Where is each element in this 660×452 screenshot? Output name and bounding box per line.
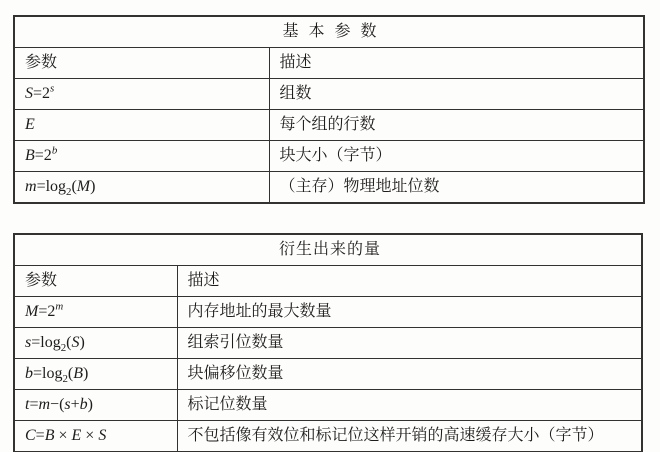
scanned-page: 基 本 参 数 参数 描述 S=2s 组数 E 每个组的行数 B=2b 块大小（… [0,0,660,452]
derived-quantities-table: 衍生出来的量 参数 描述 M=2m 内存地址的最大数量 s=log2(S) 组索… [13,233,643,452]
table-header-row: 参数 描述 [14,48,644,79]
param-formula: m=log2(M) [14,172,269,204]
table-row: s=log2(S) 组索引位数量 [14,328,642,359]
param-formula: E [14,110,269,141]
table-row: b=log2(B) 块偏移位数量 [14,359,642,390]
param-formula: t=m−(s+b) [14,390,177,421]
param-formula: S=2s [14,79,269,110]
column-header-desc: 描述 [177,266,642,297]
param-description: 不包括像有效位和标记位这样开销的高速缓存大小（字节） [177,421,642,452]
param-formula: b=log2(B) [14,359,177,390]
table-row: E 每个组的行数 [14,110,644,141]
table-title: 基 本 参 数 [14,16,644,48]
table-row: t=m−(s+b) 标记位数量 [14,390,642,421]
column-header-param: 参数 [14,266,177,297]
param-formula: s=log2(S) [14,328,177,359]
column-header-param: 参数 [14,48,269,79]
param-description: 标记位数量 [177,390,642,421]
table-title-row: 基 本 参 数 [14,16,644,48]
basic-parameters-table: 基 本 参 数 参数 描述 S=2s 组数 E 每个组的行数 B=2b 块大小（… [13,15,645,204]
table-header-row: 参数 描述 [14,266,642,297]
param-description: 内存地址的最大数量 [177,297,642,328]
column-header-desc: 描述 [269,48,644,79]
table-row: S=2s 组数 [14,79,644,110]
table-title-row: 衍生出来的量 [14,234,642,266]
table-row: M=2m 内存地址的最大数量 [14,297,642,328]
param-formula: M=2m [14,297,177,328]
param-description: 块偏移位数量 [177,359,642,390]
param-description: 块大小（字节） [269,141,644,172]
param-description: 组数 [269,79,644,110]
param-description: 每个组的行数 [269,110,644,141]
table-title: 衍生出来的量 [14,234,642,266]
param-formula: B=2b [14,141,269,172]
table-row: C=B × E × S 不包括像有效位和标记位这样开销的高速缓存大小（字节） [14,421,642,452]
param-description: 组索引位数量 [177,328,642,359]
table-row: m=log2(M) （主存）物理地址位数 [14,172,644,204]
table-row: B=2b 块大小（字节） [14,141,644,172]
param-formula: C=B × E × S [14,421,177,452]
param-description: （主存）物理地址位数 [269,172,644,204]
